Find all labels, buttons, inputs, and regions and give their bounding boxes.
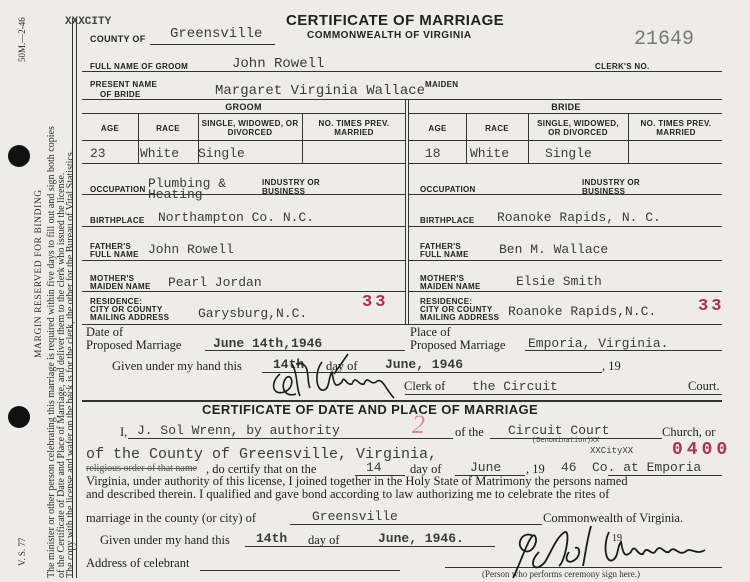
church-or-label: Church, or xyxy=(662,425,715,440)
bride-residence-label-3: MAILING ADDRESS xyxy=(420,313,499,322)
bride-name-rule xyxy=(82,99,722,100)
bride-heading-rule xyxy=(409,113,722,114)
clerk-signature xyxy=(262,352,422,404)
license-given-prefix: Given under my hand this xyxy=(112,359,242,374)
groom-col-times: NO. TIMES PREV. MARRIED xyxy=(304,119,404,137)
county-label: COUNTY OF xyxy=(90,34,146,44)
groom-col-sep-3 xyxy=(302,113,303,163)
bride-col-sep-2 xyxy=(528,113,529,163)
cert-year[interactable]: 46 xyxy=(561,460,577,475)
groom-residence-label-3: MAILING ADDRESS xyxy=(90,313,169,322)
i-label: I, xyxy=(120,425,127,440)
cert-month[interactable]: June xyxy=(470,460,501,475)
groom-col-race: RACE xyxy=(138,124,198,133)
bride-heading: BRIDE xyxy=(410,102,722,112)
bride-mother-label-2: MAIDEN NAME xyxy=(420,282,481,291)
vs-number: V. S. 77 xyxy=(17,538,28,566)
date-underline xyxy=(205,350,405,351)
groom-father-rule xyxy=(82,260,405,261)
county-or-city-value[interactable]: Greensville xyxy=(312,509,398,524)
bride-status[interactable]: Single xyxy=(545,146,592,161)
court-name[interactable]: Circuit Court xyxy=(508,423,609,438)
groom-race[interactable]: White xyxy=(140,146,179,161)
certificate-heading: CERTIFICATE OF DATE AND PLACE OF MARRIAG… xyxy=(202,402,538,417)
groom-col-age: AGE xyxy=(82,124,138,133)
bride-race[interactable]: White xyxy=(470,146,509,161)
license-year-prefix: , 19 xyxy=(602,359,621,374)
clerk-number-value: 21649 xyxy=(634,28,694,51)
margin-border xyxy=(72,18,77,578)
groom-mother[interactable]: Pearl Jordan xyxy=(168,275,262,290)
bride-mother-rule xyxy=(409,291,722,292)
county-line[interactable]: of the County of Greensville, Virginia, xyxy=(86,446,437,463)
bride-col-times: NO. TIMES PREV. MARRIED xyxy=(630,119,722,137)
groom-birthplace-rule xyxy=(82,226,405,227)
clerk-underline xyxy=(405,394,722,395)
red-code: 0400 xyxy=(672,440,731,460)
celebrant-name[interactable]: J. Sol Wrenn, by authority xyxy=(137,423,340,438)
groom-status[interactable]: Single xyxy=(198,146,245,161)
margin-reserved-text: MARGIN RESERVED FOR BINDING xyxy=(34,189,45,358)
bride-name-value[interactable]: Margaret Virginia Wallace xyxy=(215,83,425,99)
groom-occupation-rule xyxy=(82,194,405,195)
groom-residence-code: 33 xyxy=(362,293,388,312)
center-divider-1 xyxy=(405,99,406,324)
place-label-2: Proposed Marriage xyxy=(410,338,505,353)
groom-occupation[interactable]: Plumbing & Heating xyxy=(148,178,228,200)
groom-col-status: SINGLE, WIDOWED, OR DIVORCED xyxy=(200,119,300,137)
groom-mother-rule xyxy=(82,291,405,292)
bride-values-rule xyxy=(409,163,722,164)
groom-name-rule xyxy=(82,71,722,72)
certificate-subtitle: COMMONWEALTH OF VIRGINIA xyxy=(307,30,472,41)
cert-given-underline xyxy=(245,546,495,547)
residence-rule xyxy=(82,324,722,325)
certificate-title: CERTIFICATE OF MARRIAGE xyxy=(286,12,504,29)
bride-residence-code: 33 xyxy=(698,297,724,316)
groom-col-rule xyxy=(82,140,405,141)
groom-heading-rule xyxy=(82,113,405,114)
bride-col-rule xyxy=(409,140,722,141)
cert-given-month[interactable]: June, 1946. xyxy=(378,531,464,546)
body-line-2: and described therein. I qualified and g… xyxy=(86,487,726,502)
co-at-place[interactable]: Co. at Emporia xyxy=(592,460,701,475)
denomination-struck: (Denomination)XX xyxy=(532,437,599,445)
bride-occupation-label: OCCUPATION xyxy=(420,185,476,194)
bride-col-race: RACE xyxy=(466,124,528,133)
binding-margin: 50M.—2-46 V. S. 77 MARGIN RESERVED FOR B… xyxy=(0,0,68,582)
bride-birthplace-label: BIRTHPLACE xyxy=(420,216,475,225)
groom-age[interactable]: 23 xyxy=(90,146,106,161)
groom-father[interactable]: John Rowell xyxy=(148,242,234,257)
bride-father[interactable]: Ben M. Wallace xyxy=(499,242,608,257)
of-the-label: of the xyxy=(455,425,484,440)
address-underline xyxy=(200,570,400,571)
groom-father-label-2: FULL NAME xyxy=(90,250,139,259)
county-value[interactable]: Greensville xyxy=(170,26,262,42)
bride-name-label-1: PRESENT NAME xyxy=(90,80,157,89)
groom-name-value[interactable]: John Rowell xyxy=(232,56,324,72)
form-code: 50M.—2-46 xyxy=(17,17,28,62)
groom-col-sep-1 xyxy=(138,113,139,163)
city-struck: XXCityXX xyxy=(590,446,633,456)
celebrant-underline xyxy=(128,438,453,439)
court-label: Court. xyxy=(688,379,720,394)
clerk-number-label: CLERK'S NO. xyxy=(595,62,650,71)
bride-father-rule xyxy=(409,260,722,261)
punch-hole-bottom xyxy=(8,406,30,428)
bride-occupation-rule xyxy=(409,194,722,195)
bride-col-sep-1 xyxy=(466,113,467,163)
place-underline xyxy=(525,350,722,351)
bride-age[interactable]: 18 xyxy=(425,146,441,161)
clerk-of-value[interactable]: the Circuit xyxy=(472,379,558,394)
groom-name-label: FULL NAME OF GROOM xyxy=(90,62,188,71)
cert-given-day[interactable]: 14th xyxy=(256,531,287,546)
bride-father-label-2: FULL NAME xyxy=(420,250,469,259)
county-or-city-prefix: marriage in the county (or city) of xyxy=(86,511,256,526)
groom-occupation-label: OCCUPATION xyxy=(90,185,146,194)
bride-col-sep-3 xyxy=(628,113,629,163)
cert-given-prefix: Given under my hand this xyxy=(100,533,230,548)
county-underline xyxy=(150,44,275,45)
bride-residence[interactable]: Roanoke Rapids,N.C. xyxy=(508,304,656,319)
maiden-label: MAIDEN xyxy=(425,80,458,89)
cert-day[interactable]: 14 xyxy=(366,460,382,475)
groom-birthplace-label: BIRTHPLACE xyxy=(90,216,145,225)
date-label-2: Proposed Marriage xyxy=(86,338,181,353)
bride-mother[interactable]: Elsie Smith xyxy=(516,274,602,289)
groom-heading: GROOM xyxy=(82,102,405,112)
red-mark: 2 xyxy=(412,410,425,440)
religious-order-struck: religious order of that name xyxy=(86,463,197,474)
groom-mother-label-2: MAIDEN NAME xyxy=(90,282,151,291)
punch-hole-top xyxy=(8,145,30,167)
proposed-date-value[interactable]: June 14th,1946 xyxy=(213,336,322,351)
bride-col-age: AGE xyxy=(409,124,466,133)
bride-birthplace-rule xyxy=(409,226,722,227)
celebrant-signature xyxy=(505,522,720,582)
bride-name-label-2: OF BRIDE xyxy=(100,90,141,99)
groom-values-rule xyxy=(82,163,405,164)
bride-birthplace[interactable]: Roanoke Rapids, N. C. xyxy=(497,210,661,225)
groom-birthplace[interactable]: Northampton Co. N.C. xyxy=(158,210,314,225)
proposed-place-value[interactable]: Emporia, Virginia. xyxy=(528,336,668,351)
bride-col-status: SINGLE, WIDOWED, OR DIVORCED xyxy=(530,119,626,137)
marriage-certificate-page: 50M.—2-46 V. S. 77 MARGIN RESERVED FOR B… xyxy=(0,0,750,582)
groom-residence[interactable]: Garysburg,N.C. xyxy=(198,306,307,321)
address-label: Address of celebrant xyxy=(86,556,189,571)
city-struck-label: XXXCITY xyxy=(65,16,111,28)
